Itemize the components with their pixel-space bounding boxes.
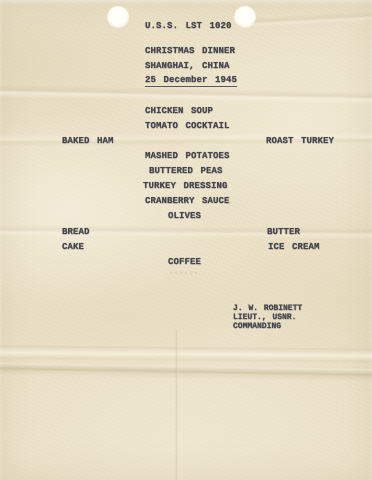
signature-title: COMMANDING	[233, 322, 281, 331]
fold-crease-bread-row	[0, 225, 372, 240]
punch-hole-right	[234, 6, 256, 28]
event-title: CHRISTMAS DINNER	[145, 47, 235, 56]
scanned-menu-page: U.S.S. LST 1020 CHRISTMAS DINNER SHANGHA…	[0, 0, 372, 480]
menu-item-olives: OLIVES	[168, 212, 201, 221]
menu-item-tomato-cocktail: TOMATO COCKTAIL	[145, 122, 230, 131]
menu-item-butter: BUTTER	[267, 228, 300, 237]
event-location: SHANGHAI, CHINA	[145, 62, 230, 71]
signature-name: J. W. ROBINETT	[233, 304, 302, 313]
menu-item-roast-turkey: ROAST TURKEY	[266, 137, 334, 146]
menu-item-cake: CAKE	[62, 243, 84, 252]
fold-crease-vertical	[175, 330, 179, 480]
fold-crease-upper	[0, 84, 372, 105]
menu-item-cranberry-sauce: CRANBERRY SAUCE	[145, 197, 230, 206]
menu-item-coffee: COFFEE	[168, 258, 201, 267]
fold-crease-lower-shadow	[0, 363, 372, 383]
event-date: 25 December 1945	[145, 76, 237, 87]
menu-item-buttered-peas: BUTTERED PEAS	[149, 167, 223, 176]
punch-hole-left	[107, 6, 129, 28]
fold-crease-lower-highlight	[0, 345, 372, 363]
fold-crease-top-right	[245, 10, 372, 27]
ink-smudge	[170, 272, 198, 274]
menu-item-chicken-soup: CHICKEN SOUP	[145, 107, 213, 116]
signature-rank: LIEUT., USNR.	[233, 313, 296, 322]
menu-item-turkey-dressing: TURKEY DRESSING	[143, 182, 228, 191]
menu-item-ice-cream: ICE CREAM	[268, 243, 320, 252]
menu-item-mashed-potatoes: MASHED POTATOES	[145, 152, 230, 161]
menu-item-baked-ham: BAKED HAM	[62, 137, 114, 146]
ship-name: U.S.S. LST 1020	[145, 22, 232, 31]
menu-item-bread: BREAD	[62, 228, 90, 237]
